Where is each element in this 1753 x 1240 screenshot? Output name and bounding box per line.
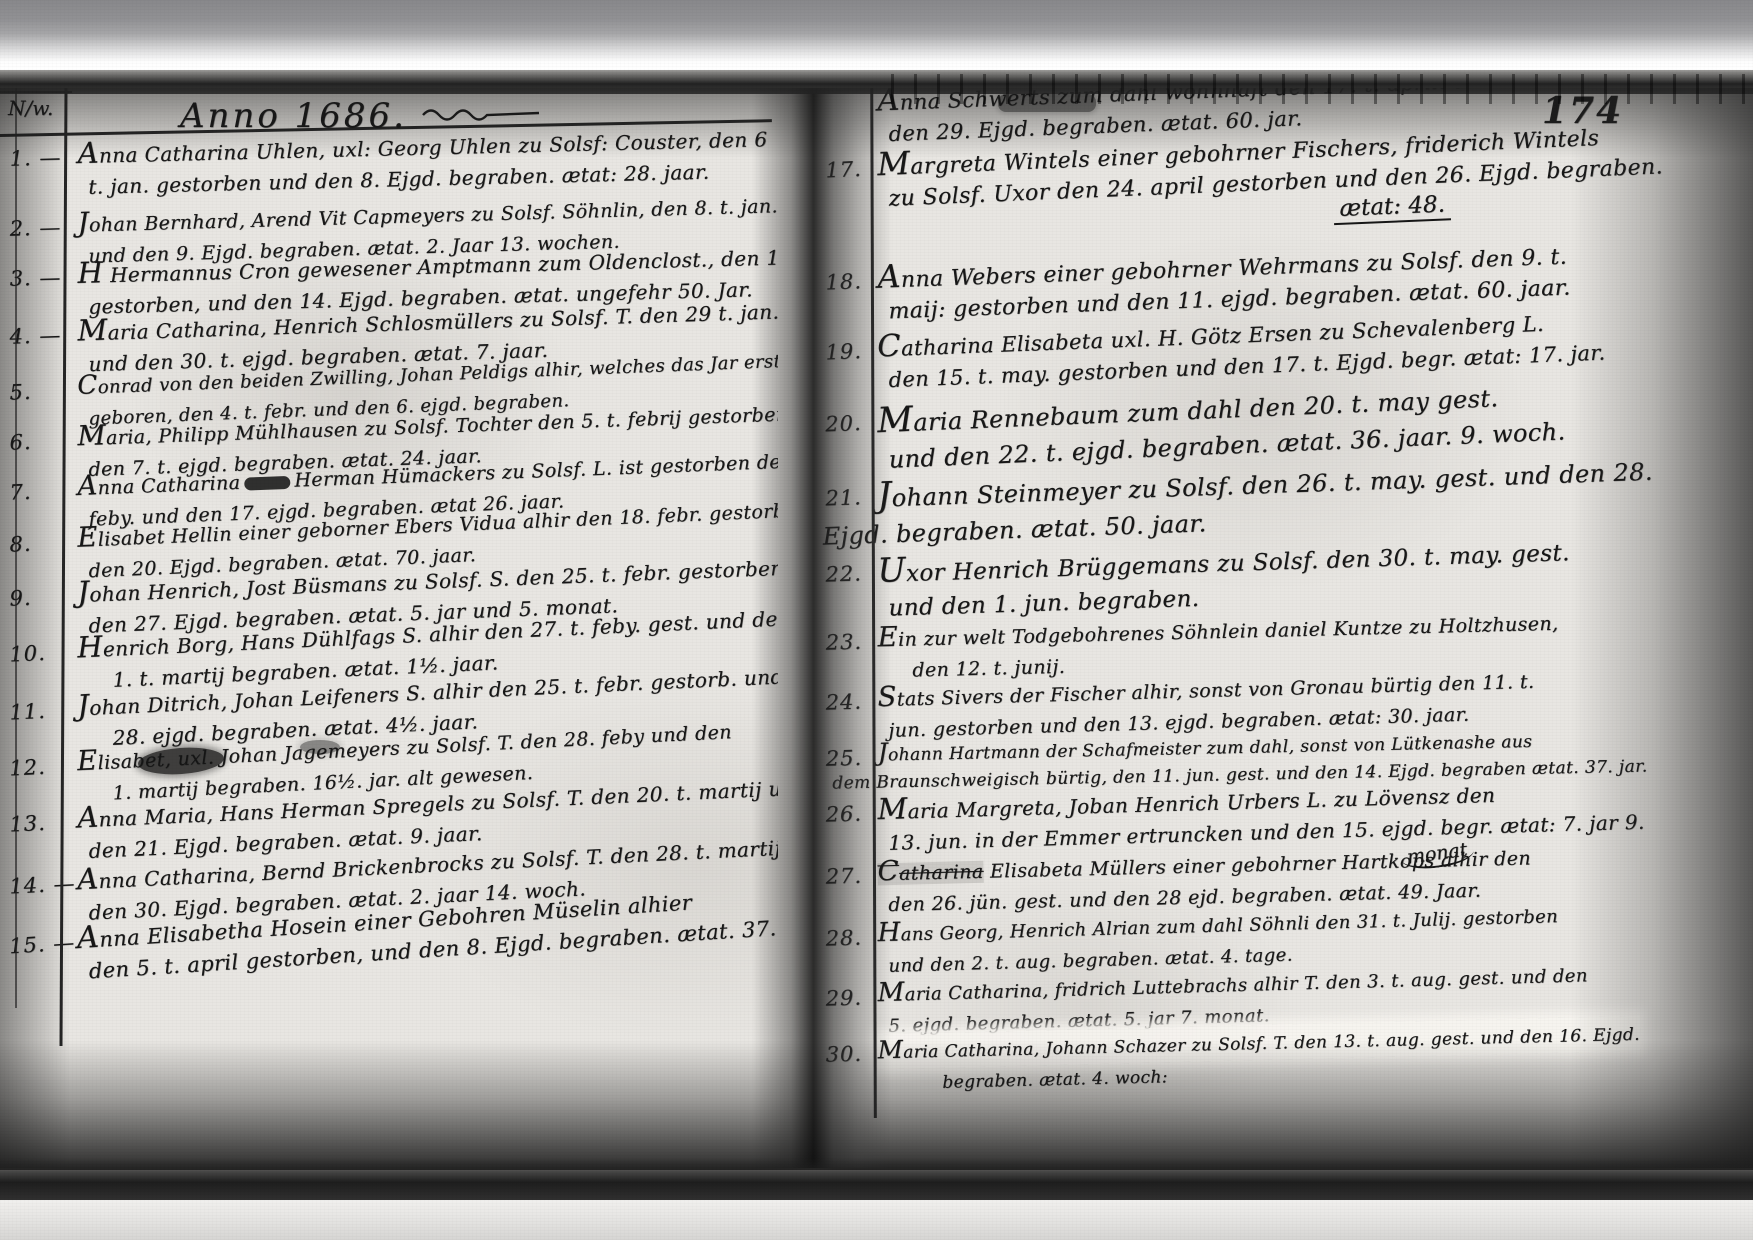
scanner-bottom-band bbox=[0, 1200, 1753, 1240]
aetat-note: ætat: 48. bbox=[1333, 191, 1452, 225]
entry-number: 25. bbox=[826, 746, 863, 771]
entry-number: 19. bbox=[825, 339, 862, 364]
struck-word: Catharina bbox=[877, 861, 983, 886]
ink-blot bbox=[300, 740, 340, 754]
year-header-text: Anno 1686. bbox=[180, 96, 407, 136]
ink-blot bbox=[244, 475, 290, 490]
entry-number: 6. bbox=[9, 430, 32, 455]
entry-number: 5. bbox=[9, 380, 32, 405]
entry-number: 1. — bbox=[9, 145, 61, 170]
entry-number: 24. bbox=[825, 690, 862, 715]
entry-number: 4. — bbox=[9, 323, 61, 349]
entry-number: 27. bbox=[825, 864, 862, 889]
scanned-register-spread: N/w. Anno 1686. 1. — Anna Catharina Uhle… bbox=[0, 0, 1753, 1240]
book-bottom-edge bbox=[0, 1158, 1753, 1202]
entry-number: 26. bbox=[825, 802, 862, 827]
entry-number: 3. — bbox=[9, 265, 61, 290]
entry-number: 23. bbox=[825, 630, 862, 655]
entry-number: 20. bbox=[825, 411, 862, 437]
right-page: 174 Anna Schwerts zum dahl wohnhaft den … bbox=[812, 88, 1753, 1168]
entry-number: 9. bbox=[9, 586, 32, 611]
left-page: N/w. Anno 1686. 1. — Anna Catharina Uhle… bbox=[0, 88, 778, 1168]
page-edge-frays bbox=[880, 74, 1753, 104]
entry-line-text: Anna Catharina bbox=[77, 472, 241, 500]
page-edge-rule bbox=[15, 88, 17, 1008]
entry-number: 18. bbox=[825, 269, 862, 294]
entry-number: 8. bbox=[9, 532, 32, 557]
margin-column-header: N/w. bbox=[8, 96, 53, 120]
entry-number: 21. bbox=[825, 485, 862, 510]
entry-number: 22. bbox=[825, 561, 862, 586]
entry-number: 2. — bbox=[9, 215, 61, 240]
entry-number: 30. bbox=[825, 1042, 862, 1067]
entry-number: 15. — bbox=[8, 930, 75, 958]
entry-number: 17. bbox=[825, 157, 862, 183]
entry-number: 7. bbox=[9, 480, 32, 505]
flourish-icon bbox=[421, 90, 541, 130]
scanner-top-band bbox=[0, 0, 1753, 70]
entry-number: 29. bbox=[825, 986, 862, 1011]
year-header: Anno 1686. bbox=[180, 90, 541, 136]
entry-number: 14. — bbox=[9, 871, 76, 898]
entry-number: 28. bbox=[825, 926, 862, 951]
